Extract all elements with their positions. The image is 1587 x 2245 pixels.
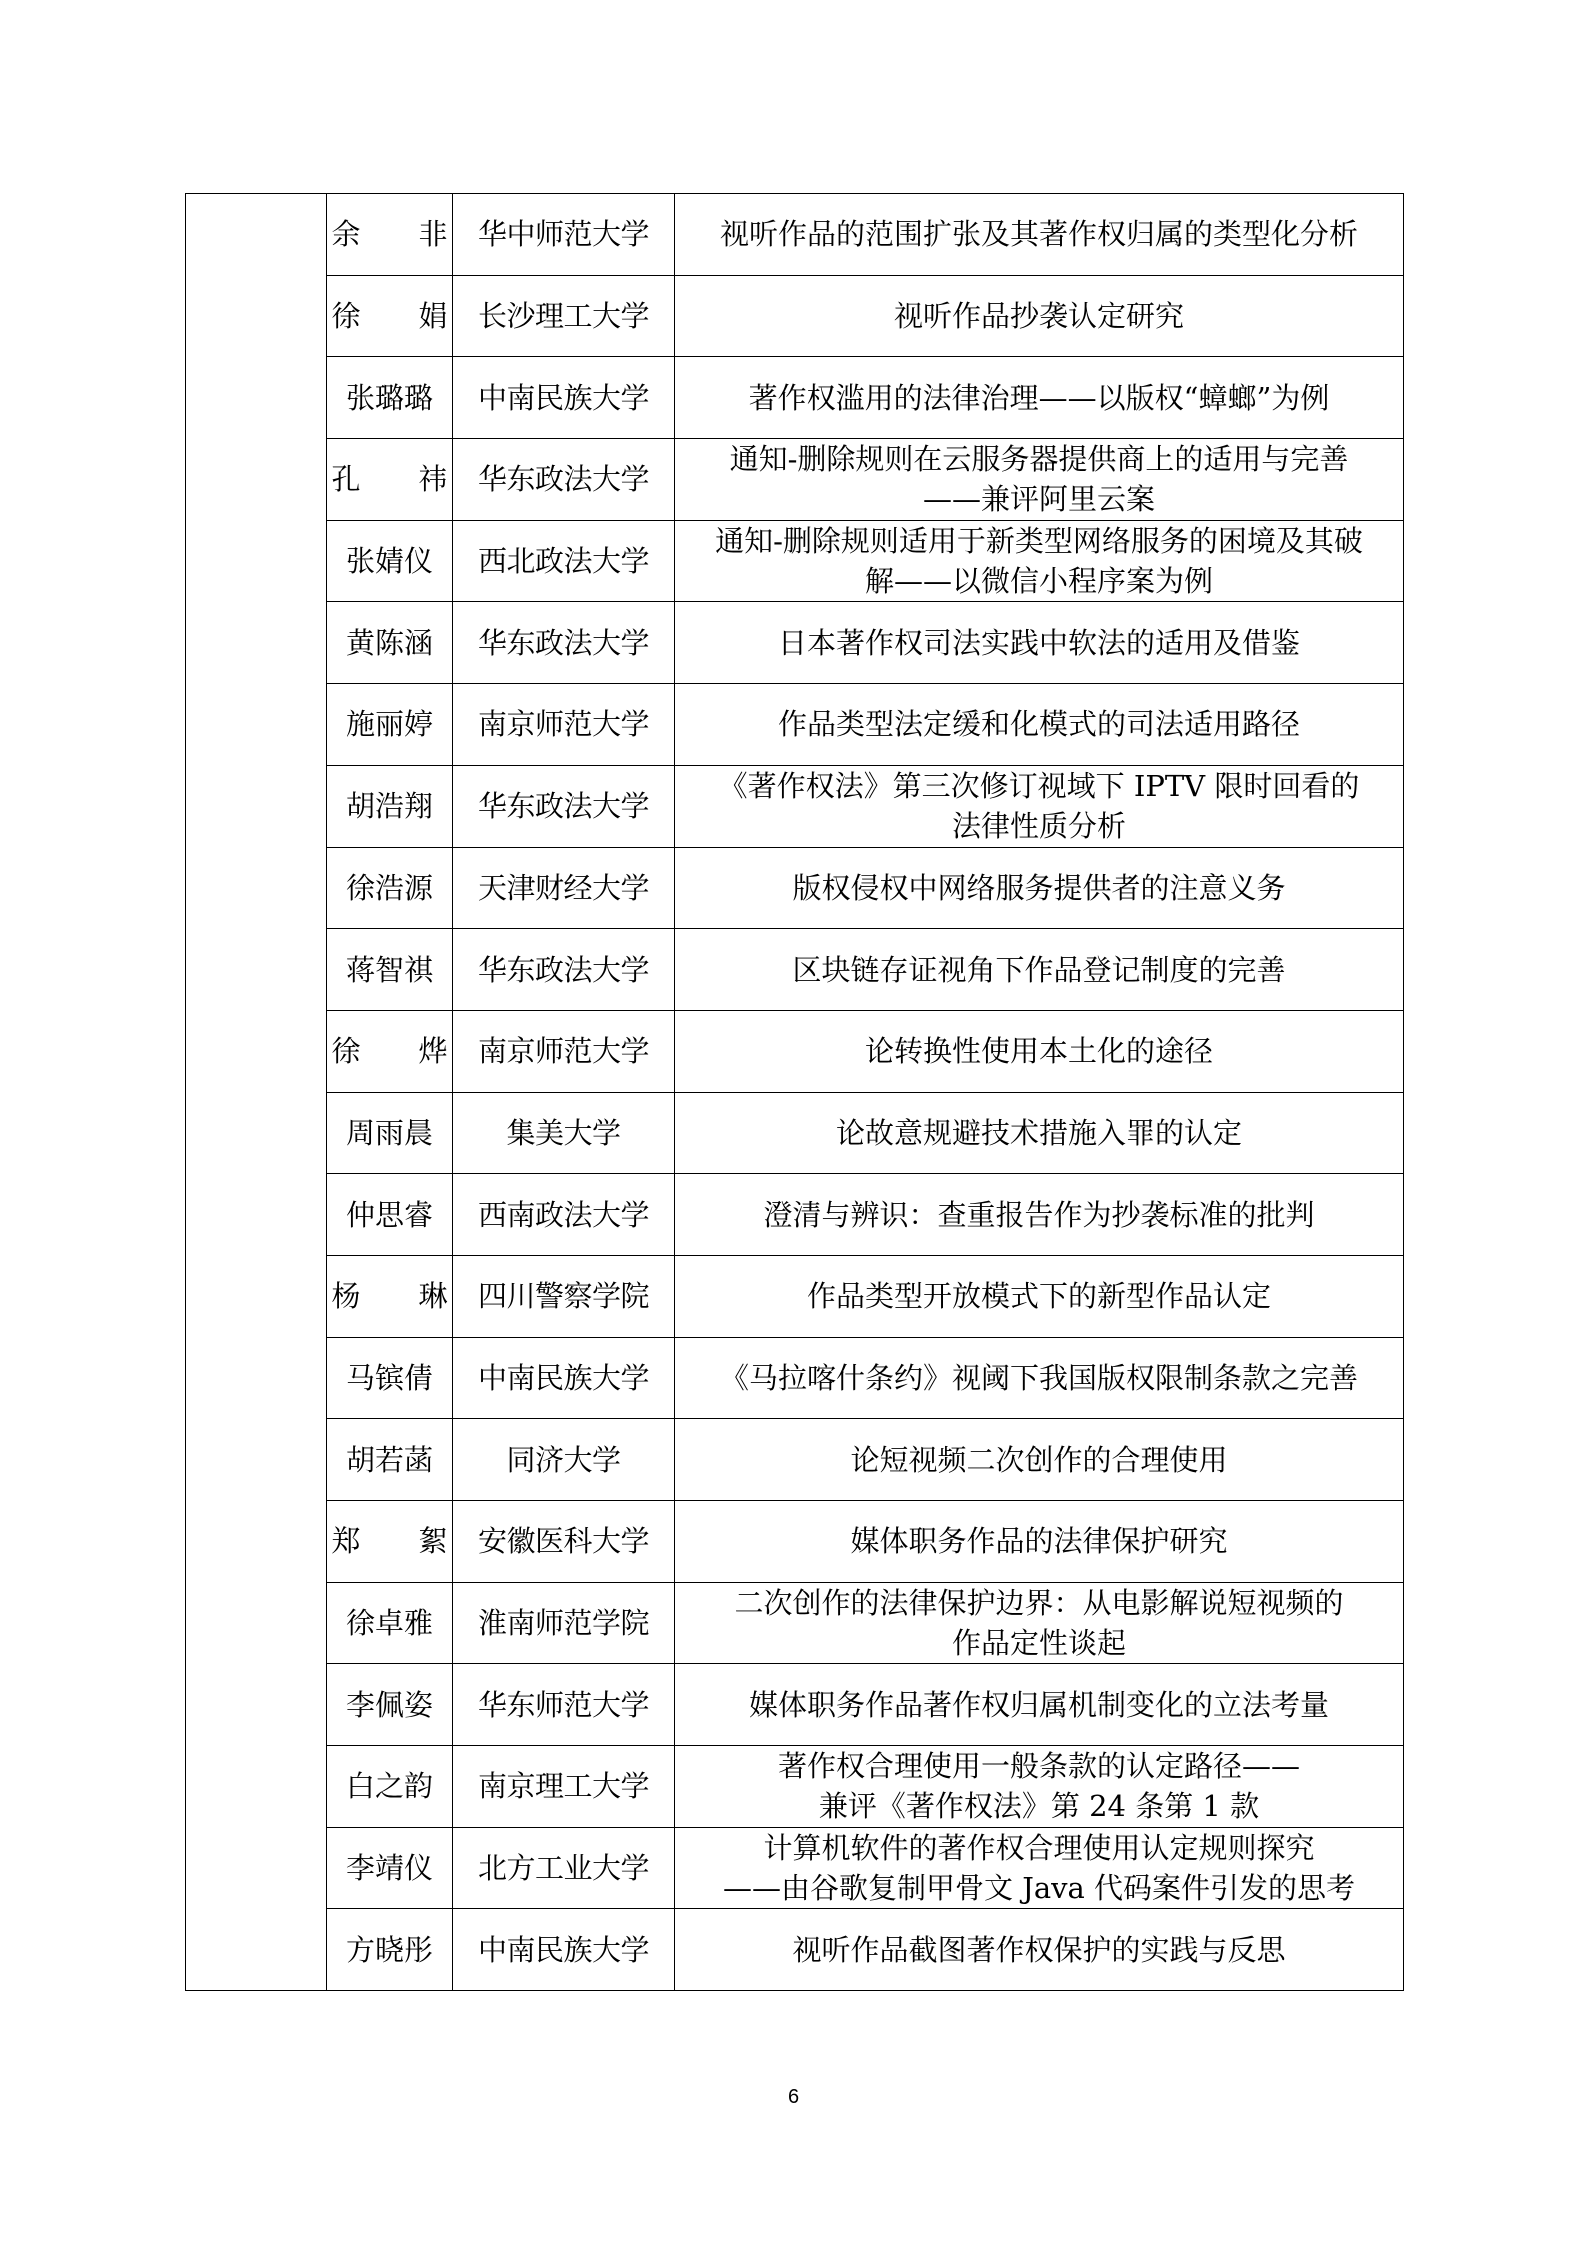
paper-title-cell: 视听作品截图著作权保护的实践与反思 [675, 1909, 1404, 1991]
author-name-char: 祎 [419, 462, 448, 496]
table-row: 李靖仪北方工业大学计算机软件的著作权合理使用认定规则探究——由谷歌复制甲骨文 J… [186, 1827, 1404, 1909]
paper-title-cell: 区块链存证视角下作品登记制度的完善 [675, 929, 1404, 1011]
paper-title-line: 通知-删除规则在云服务器提供商上的适用与完善 [679, 439, 1399, 479]
table-row: 施丽婷南京师范大学作品类型法定缓和化模式的司法适用路径 [186, 684, 1404, 766]
paper-title-cell: 媒体职务作品的法律保护研究 [675, 1501, 1404, 1583]
table-row: 胡浩翔华东政法大学《著作权法》第三次修订视域下 IPTV 限时回看的法律性质分析 [186, 765, 1404, 847]
author-name-cell: 杨琳 [327, 1255, 453, 1337]
paper-title-cell: 通知-删除规则在云服务器提供商上的适用与完善——兼评阿里云案 [675, 439, 1404, 521]
paper-title-cell: 澄清与辨识：查重报告作为抄袭标准的批判 [675, 1174, 1404, 1256]
author-name-cell: 胡若菡 [327, 1419, 453, 1501]
paper-title-line: 日本著作权司法实践中软法的适用及借鉴 [679, 623, 1399, 663]
author-name-cell: 白之韵 [327, 1746, 453, 1828]
author-name-cell: 周雨晨 [327, 1092, 453, 1174]
school-cell: 华中师范大学 [453, 194, 675, 276]
author-name-char: 徐 [331, 1034, 360, 1068]
paper-title-cell: 著作权合理使用一般条款的认定路径——兼评《著作权法》第 24 条第 1 款 [675, 1746, 1404, 1828]
paper-title-cell: 日本著作权司法实践中软法的适用及借鉴 [675, 602, 1404, 684]
paper-title-line: 作品类型开放模式下的新型作品认定 [679, 1276, 1399, 1316]
author-name-cell: 徐浩源 [327, 847, 453, 929]
paper-title-cell: 作品类型开放模式下的新型作品认定 [675, 1255, 1404, 1337]
author-name-cell: 余非 [327, 194, 453, 276]
paper-title-line: 澄清与辨识：查重报告作为抄袭标准的批判 [679, 1195, 1399, 1235]
document-page: 余非华中师范大学视听作品的范围扩张及其著作权归属的类型化分析徐娟长沙理工大学视听… [0, 0, 1587, 2245]
table-row: 白之韵南京理工大学著作权合理使用一般条款的认定路径——兼评《著作权法》第 24 … [186, 1746, 1404, 1828]
school-cell: 北方工业大学 [453, 1827, 675, 1909]
table-row: 方晓彤中南民族大学视听作品截图著作权保护的实践与反思 [186, 1909, 1404, 1991]
paper-title-cell: 二次创作的法律保护边界：从电影解说短视频的作品定性谈起 [675, 1582, 1404, 1664]
table-row: 李佩姿华东师范大学媒体职务作品著作权归属机制变化的立法考量 [186, 1664, 1404, 1746]
author-name-char: 非 [419, 217, 448, 251]
paper-title-line: 著作权滥用的法律治理——以版权“蟑螂”为例 [679, 378, 1399, 418]
author-name-char: 娟 [419, 299, 448, 333]
paper-title-cell: 《马拉喀什条约》视阈下我国版权限制条款之完善 [675, 1337, 1404, 1419]
school-cell: 西南政法大学 [453, 1174, 675, 1256]
paper-title-line: 视听作品的范围扩张及其著作权归属的类型化分析 [679, 214, 1399, 254]
paper-title-line: 通知-删除规则适用于新类型网络服务的困境及其破 [679, 521, 1399, 561]
school-cell: 华东政法大学 [453, 602, 675, 684]
paper-title-line: 论故意规避技术措施入罪的认定 [679, 1113, 1399, 1153]
author-name-char: 杨 [331, 1279, 360, 1313]
school-cell: 集美大学 [453, 1092, 675, 1174]
table-row: 徐卓雅淮南师范学院二次创作的法律保护边界：从电影解说短视频的作品定性谈起 [186, 1582, 1404, 1664]
paper-title-cell: 著作权滥用的法律治理——以版权“蟑螂”为例 [675, 357, 1404, 439]
page-number: 6 [0, 2086, 1587, 2109]
table-row: 徐烨南京师范大学论转换性使用本土化的途径 [186, 1010, 1404, 1092]
school-cell: 中南民族大学 [453, 1909, 675, 1991]
school-cell: 四川警察学院 [453, 1255, 675, 1337]
school-cell: 长沙理工大学 [453, 275, 675, 357]
paper-title-cell: 视听作品抄袭认定研究 [675, 275, 1404, 357]
author-name-cell: 张婧仪 [327, 520, 453, 602]
author-name-cell: 徐娟 [327, 275, 453, 357]
table-row: 胡若菡同济大学论短视频二次创作的合理使用 [186, 1419, 1404, 1501]
school-cell: 华东政法大学 [453, 765, 675, 847]
category-cell [186, 194, 327, 1991]
author-name-cell: 方晓彤 [327, 1909, 453, 1991]
author-name-cell: 李靖仪 [327, 1827, 453, 1909]
paper-title-cell: 《著作权法》第三次修订视域下 IPTV 限时回看的法律性质分析 [675, 765, 1404, 847]
school-cell: 淮南师范学院 [453, 1582, 675, 1664]
paper-title-line: 视听作品截图著作权保护的实践与反思 [679, 1930, 1399, 1970]
paper-title-line: 二次创作的法律保护边界：从电影解说短视频的 [679, 1583, 1399, 1623]
school-cell: 华东政法大学 [453, 929, 675, 1011]
paper-title-cell: 媒体职务作品著作权归属机制变化的立法考量 [675, 1664, 1404, 1746]
paper-title-cell: 视听作品的范围扩张及其著作权归属的类型化分析 [675, 194, 1404, 276]
award-table-body: 余非华中师范大学视听作品的范围扩张及其著作权归属的类型化分析徐娟长沙理工大学视听… [186, 194, 1404, 1991]
school-cell: 南京师范大学 [453, 1010, 675, 1092]
table-row: 蒋智祺华东政法大学区块链存证视角下作品登记制度的完善 [186, 929, 1404, 1011]
school-cell: 天津财经大学 [453, 847, 675, 929]
paper-title-line: ——由谷歌复制甲骨文 Java 代码案件引发的思考 [679, 1868, 1399, 1908]
paper-title-line: 视听作品抄袭认定研究 [679, 296, 1399, 336]
paper-title-line: 论短视频二次创作的合理使用 [679, 1440, 1399, 1480]
paper-title-cell: 论转换性使用本土化的途径 [675, 1010, 1404, 1092]
table-row: 张婧仪西北政法大学通知-删除规则适用于新类型网络服务的困境及其破解——以微信小程… [186, 520, 1404, 602]
school-cell: 南京理工大学 [453, 1746, 675, 1828]
school-cell: 华东师范大学 [453, 1664, 675, 1746]
paper-title-line: 作品定性谈起 [679, 1623, 1399, 1663]
school-cell: 中南民族大学 [453, 1337, 675, 1419]
paper-title-cell: 通知-删除规则适用于新类型网络服务的困境及其破解——以微信小程序案为例 [675, 520, 1404, 602]
paper-title-line: 解——以微信小程序案为例 [679, 561, 1399, 601]
table-row: 仲思睿西南政法大学澄清与辨识：查重报告作为抄袭标准的批判 [186, 1174, 1404, 1256]
award-table: 余非华中师范大学视听作品的范围扩张及其著作权归属的类型化分析徐娟长沙理工大学视听… [185, 193, 1404, 1991]
table-row: 周雨晨集美大学论故意规避技术措施入罪的认定 [186, 1092, 1404, 1174]
author-name-cell: 郑絮 [327, 1501, 453, 1583]
author-name-cell: 孔祎 [327, 439, 453, 521]
paper-title-cell: 版权侵权中网络服务提供者的注意义务 [675, 847, 1404, 929]
table-row: 黄陈涵华东政法大学日本著作权司法实践中软法的适用及借鉴 [186, 602, 1404, 684]
author-name-cell: 李佩姿 [327, 1664, 453, 1746]
paper-title-cell: 计算机软件的著作权合理使用认定规则探究——由谷歌复制甲骨文 Java 代码案件引… [675, 1827, 1404, 1909]
paper-title-line: 区块链存证视角下作品登记制度的完善 [679, 950, 1399, 990]
paper-title-line: 媒体职务作品著作权归属机制变化的立法考量 [679, 1685, 1399, 1725]
school-cell: 同济大学 [453, 1419, 675, 1501]
table-row: 杨琳四川警察学院作品类型开放模式下的新型作品认定 [186, 1255, 1404, 1337]
table-row: 徐娟长沙理工大学视听作品抄袭认定研究 [186, 275, 1404, 357]
table-row: 张璐璐中南民族大学著作权滥用的法律治理——以版权“蟑螂”为例 [186, 357, 1404, 439]
table-row: 徐浩源天津财经大学版权侵权中网络服务提供者的注意义务 [186, 847, 1404, 929]
paper-title-cell: 论短视频二次创作的合理使用 [675, 1419, 1404, 1501]
author-name-cell: 仲思睿 [327, 1174, 453, 1256]
paper-title-line: 计算机软件的著作权合理使用认定规则探究 [679, 1828, 1399, 1868]
author-name-cell: 马镔倩 [327, 1337, 453, 1419]
paper-title-line: 版权侵权中网络服务提供者的注意义务 [679, 868, 1399, 908]
school-cell: 华东政法大学 [453, 439, 675, 521]
paper-title-line: 媒体职务作品的法律保护研究 [679, 1521, 1399, 1561]
author-name-char: 余 [331, 217, 360, 251]
author-name-cell: 徐烨 [327, 1010, 453, 1092]
table-row: 郑絮安徽医科大学媒体职务作品的法律保护研究 [186, 1501, 1404, 1583]
table-row: 余非华中师范大学视听作品的范围扩张及其著作权归属的类型化分析 [186, 194, 1404, 276]
paper-title-line: 《马拉喀什条约》视阈下我国版权限制条款之完善 [679, 1358, 1399, 1398]
school-cell: 西北政法大学 [453, 520, 675, 602]
author-name-char: 郑 [331, 1524, 360, 1558]
paper-title-cell: 论故意规避技术措施入罪的认定 [675, 1092, 1404, 1174]
paper-title-line: 法律性质分析 [679, 806, 1399, 846]
author-name-cell: 施丽婷 [327, 684, 453, 766]
school-cell: 中南民族大学 [453, 357, 675, 439]
author-name-cell: 黄陈涵 [327, 602, 453, 684]
author-name-cell: 蒋智祺 [327, 929, 453, 1011]
author-name-cell: 张璐璐 [327, 357, 453, 439]
author-name-cell: 徐卓雅 [327, 1582, 453, 1664]
author-name-char: 烨 [419, 1034, 448, 1068]
paper-title-line: 《著作权法》第三次修订视域下 IPTV 限时回看的 [679, 766, 1399, 806]
paper-title-line: 著作权合理使用一般条款的认定路径—— [679, 1746, 1399, 1786]
paper-title-line: 作品类型法定缓和化模式的司法适用路径 [679, 704, 1399, 744]
school-cell: 南京师范大学 [453, 684, 675, 766]
author-name-cell: 胡浩翔 [327, 765, 453, 847]
school-cell: 安徽医科大学 [453, 1501, 675, 1583]
paper-title-cell: 作品类型法定缓和化模式的司法适用路径 [675, 684, 1404, 766]
author-name-char: 琳 [419, 1279, 448, 1313]
author-name-char: 徐 [331, 299, 360, 333]
paper-title-line: ——兼评阿里云案 [679, 479, 1399, 519]
author-name-char: 孔 [331, 462, 360, 496]
author-name-char: 絮 [419, 1524, 448, 1558]
paper-title-line: 兼评《著作权法》第 24 条第 1 款 [679, 1786, 1399, 1826]
table-row: 马镔倩中南民族大学《马拉喀什条约》视阈下我国版权限制条款之完善 [186, 1337, 1404, 1419]
table-row: 孔祎华东政法大学通知-删除规则在云服务器提供商上的适用与完善——兼评阿里云案 [186, 439, 1404, 521]
paper-title-line: 论转换性使用本土化的途径 [679, 1031, 1399, 1071]
